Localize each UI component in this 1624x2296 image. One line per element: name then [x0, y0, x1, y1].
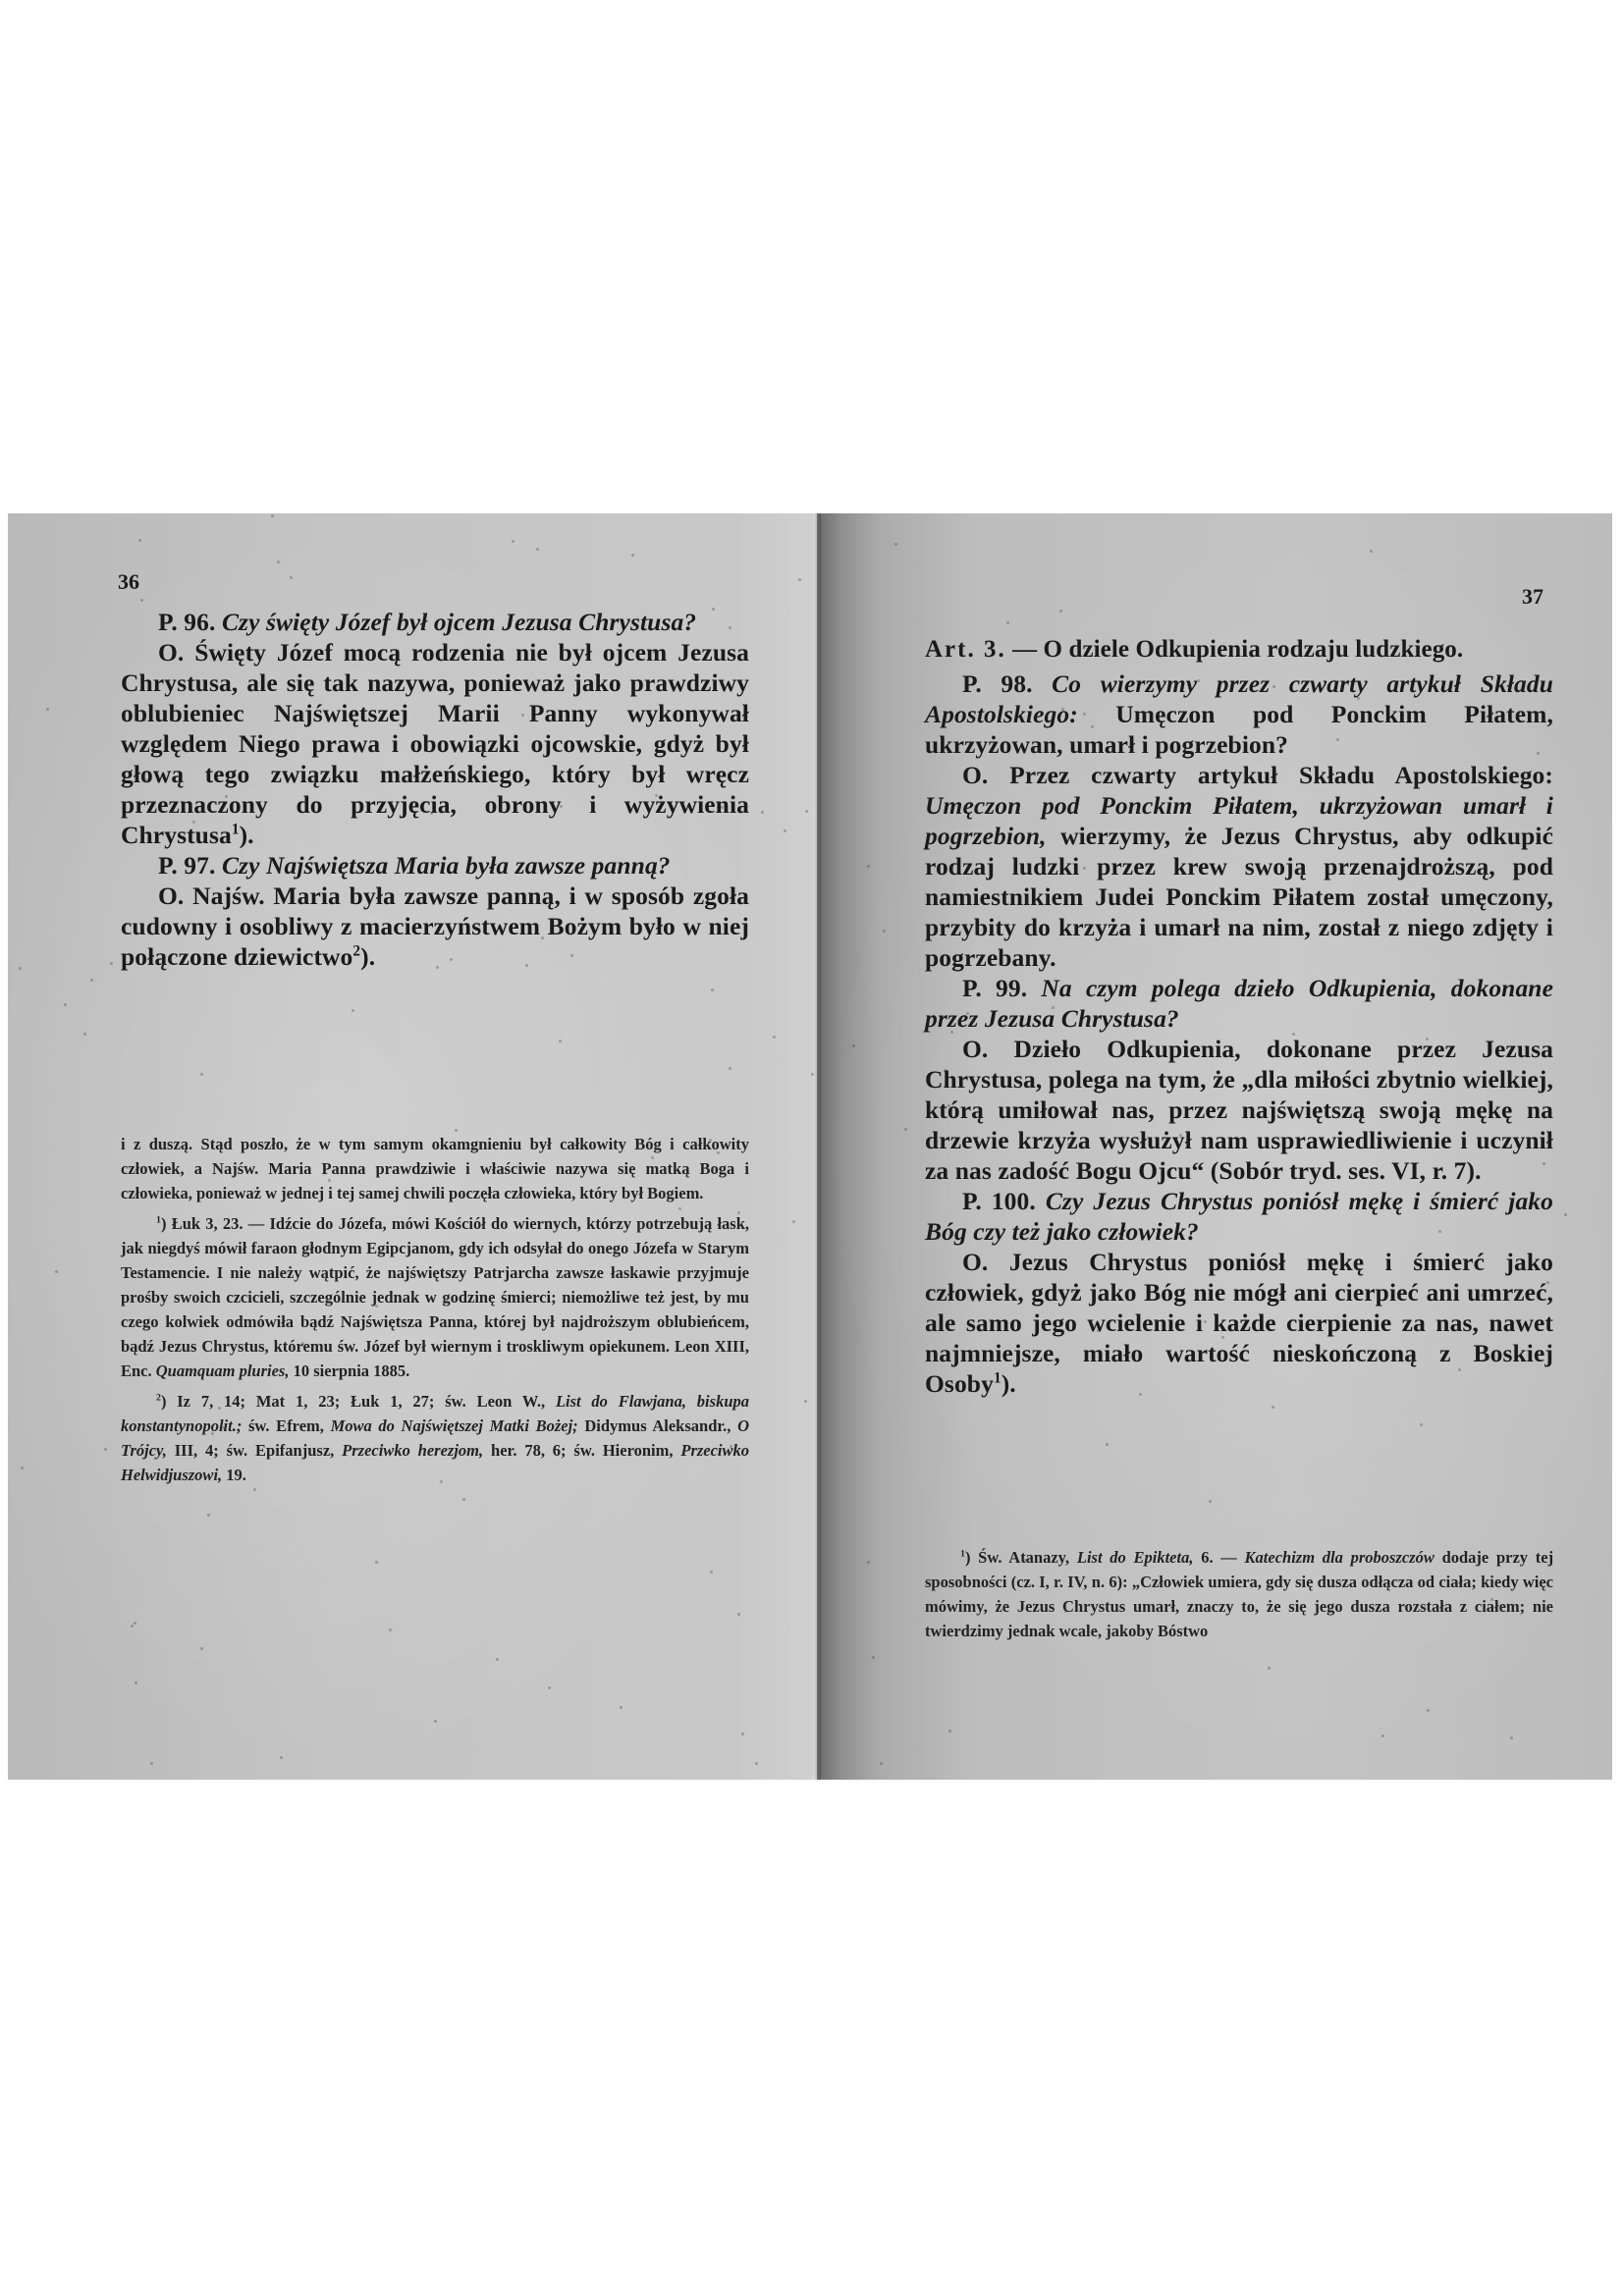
book-gutter: [813, 513, 821, 1780]
paper-speck: [1006, 621, 1009, 624]
paper-speck: [945, 1069, 947, 1072]
paper-speck: [1204, 1320, 1207, 1323]
paper-speck: [290, 576, 293, 579]
paper-speck: [1427, 1709, 1430, 1712]
footnote-ref-1[interactable]: 1: [232, 822, 240, 838]
paper-speck: [867, 1561, 870, 1564]
paper-speck: [729, 1067, 731, 1070]
paper-speck: [548, 1686, 551, 1689]
paper-speck: [784, 829, 786, 832]
answer-96-text: O. Święty Józef mocą rodzenia nie był oj…: [121, 638, 749, 849]
paper-speck: [104, 1448, 107, 1451]
answer-100-end: ).: [1001, 1369, 1016, 1398]
paper-speck: [1510, 1736, 1513, 1739]
page-number-left: 36: [118, 569, 139, 595]
paper-speck: [867, 865, 870, 868]
paper-speck: [655, 794, 658, 797]
footnote-2-title: Mowa do Najświętszej Matki Bożej;: [331, 1416, 578, 1435]
paper-speck: [872, 1656, 875, 1659]
paper-speck: [1106, 1443, 1109, 1446]
paper-speck: [721, 806, 724, 809]
paper-speck: [717, 1151, 720, 1154]
paper-speck: [389, 1629, 392, 1631]
paper-speck: [894, 543, 897, 546]
paper-speck: [805, 810, 808, 813]
footnote-2-part: 19.: [226, 1466, 246, 1484]
paper-speck: [280, 1756, 283, 1759]
question-100: P. 100. Czy Jezus Chrystus poniósł mękę …: [925, 1186, 1553, 1247]
paper-speck: [525, 964, 528, 967]
paper-speck: [380, 1446, 383, 1449]
paper-speck: [1543, 1162, 1545, 1165]
page-number-right: 37: [1522, 584, 1543, 610]
footnote-2-part: Didymus Aleksandr.,: [584, 1416, 731, 1435]
paper-speck: [1097, 1329, 1100, 1332]
paper-speck: [1536, 923, 1539, 926]
paper-speck: [1546, 1281, 1549, 1284]
paper-speck: [1381, 1735, 1384, 1737]
article-title: — O dziele Odkupienia rodzaju ludzkiego.: [1012, 636, 1463, 663]
paper-speck: [560, 805, 563, 808]
paper-speck: [1024, 1559, 1027, 1562]
answer-97-end: ).: [360, 942, 375, 971]
paper-speck: [620, 1706, 623, 1709]
paper-speck: [140, 599, 143, 602]
paper-speck: [225, 795, 228, 798]
paper-speck: [1458, 1368, 1461, 1371]
question-97-label: P. 97.: [158, 851, 215, 880]
paper-speck: [972, 1020, 975, 1023]
answer-97-text: O. Najśw. Maria była zawsze panną, i w s…: [121, 881, 749, 971]
paper-speck: [904, 1128, 907, 1131]
paper-speck: [966, 1012, 969, 1015]
paper-speck: [1083, 867, 1086, 870]
paper-speck: [1064, 1610, 1067, 1613]
paper-speck: [1083, 713, 1086, 716]
answer-96: O. Święty Józef mocą rodzenia nie był oj…: [121, 637, 749, 850]
footnote-2-part: Iz 7, 14; Mat 1, 23; Łuk 1, 27; św. Leon…: [177, 1392, 545, 1411]
paper-speck: [1564, 1213, 1567, 1216]
paper-speck: [1481, 1294, 1484, 1297]
paper-speck: [737, 1211, 740, 1214]
paper-speck: [145, 778, 148, 781]
footnote-2-part: her. 78, 6; św. Hieronim,: [491, 1441, 673, 1460]
footnote-ref-1-right[interactable]: 1: [994, 1370, 1001, 1387]
footnote-right-part: 6. —: [1201, 1548, 1237, 1567]
paper-speck: [253, 1488, 256, 1491]
book-scan-spread: 36 P. 96. Czy święty Józef był ojcem Jez…: [8, 513, 1612, 1780]
paper-speck: [131, 1625, 134, 1628]
paper-speck: [653, 651, 656, 654]
question-98: P. 98. Co wierzymy przez czwarty artykuł…: [925, 668, 1553, 760]
question-99-label: P. 99.: [962, 974, 1027, 1002]
right-footnotes: 1) Św. Atanazy, List do Epikteta, 6. — K…: [925, 1539, 1553, 1643]
paper-speck: [436, 966, 439, 969]
paper-speck: [135, 1682, 137, 1684]
question-97-text: Czy Najświętsza Maria była zawsze panną?: [222, 851, 671, 880]
paper-speck: [110, 962, 113, 965]
paper-speck: [521, 714, 524, 717]
paper-speck: [305, 896, 308, 899]
paper-speck: [218, 1407, 221, 1410]
footnote-1-marker: 1: [156, 1215, 161, 1226]
answer-98-start: O. Przez czwarty artykuł Składu Apostols…: [962, 761, 1553, 789]
question-96: P. 96. Czy święty Józef był ojcem Jezusa…: [121, 607, 749, 637]
paper-speck: [678, 1207, 681, 1210]
answer-100-text: O. Jezus Chrystus poniósł mękę i śmierć …: [925, 1248, 1553, 1398]
paper-speck: [710, 1571, 713, 1574]
footnote-2: 2) Iz 7, 14; Mat 1, 23; Łuk 1, 27; św. L…: [121, 1389, 749, 1487]
footnote-ref-2[interactable]: 2: [352, 943, 360, 960]
footnote-1-right: 1) Św. Atanazy, List do Epikteta, 6. — K…: [925, 1545, 1553, 1643]
question-96-label: P. 96.: [158, 608, 215, 636]
paper-speck: [207, 1514, 210, 1517]
footnote-2-part: św. Efrem,: [248, 1416, 324, 1435]
paper-speck: [559, 1040, 562, 1042]
answer-100: O. Jezus Chrystus poniósł mękę i śmierć …: [925, 1247, 1553, 1399]
paper-speck: [1370, 550, 1373, 553]
footnote-right-part: Św. Atanazy,: [978, 1548, 1069, 1567]
paper-speck: [192, 821, 195, 824]
paper-speck: [773, 1036, 776, 1039]
paper-speck: [712, 608, 715, 611]
paper-speck: [352, 1009, 354, 1012]
footnote-right-title: Katechizm dla proboszczów: [1245, 1548, 1435, 1567]
paper-speck: [1155, 1319, 1158, 1322]
paper-speck: [755, 1762, 758, 1765]
paper-speck: [440, 1480, 443, 1483]
left-main-text: P. 96. Czy święty Józef był ojcem Jezusa…: [121, 607, 749, 972]
paper-speck: [222, 1426, 225, 1429]
paper-speck: [328, 1179, 331, 1182]
paper-speck: [737, 1613, 740, 1616]
paper-speck: [1067, 1143, 1070, 1146]
paper-speck: [1448, 645, 1451, 648]
paper-speck: [19, 967, 22, 970]
paper-speck: [1272, 1406, 1274, 1409]
paper-speck: [462, 1498, 465, 1501]
footnote-1-right-marker: 1: [960, 1549, 965, 1560]
paper-speck: [1537, 752, 1540, 755]
question-98-label: P. 98.: [962, 669, 1033, 698]
answer-98: O. Przez czwarty artykuł Składu Apostols…: [925, 760, 1553, 973]
paper-speck: [570, 954, 573, 957]
question-100-label: P. 100.: [962, 1187, 1036, 1215]
paper-speck: [729, 626, 731, 629]
paper-speck: [496, 1658, 499, 1661]
paper-speck: [804, 1400, 807, 1403]
paper-speck: [798, 578, 801, 581]
footnote-2-part: III, 4; św. Epifanjusz,: [175, 1441, 335, 1460]
paper-speck: [1061, 708, 1064, 711]
footnote-continuation: i z duszą. Stąd poszło, że w tym samym o…: [121, 1132, 749, 1205]
paper-speck: [200, 1647, 203, 1650]
paper-speck: [948, 1730, 951, 1733]
paper-speck: [541, 936, 544, 939]
paper-speck: [1221, 1336, 1224, 1339]
paper-speck: [301, 1342, 304, 1345]
answer-97: O. Najśw. Maria była zawsze panną, i w s…: [121, 881, 749, 972]
paper-speck: [1441, 846, 1444, 849]
paper-speck: [450, 1252, 453, 1255]
paper-speck: [536, 548, 539, 551]
paper-speck: [651, 1156, 654, 1159]
right-page: 37 Art. 3. — O dziele Odkupienia rodzaju…: [817, 513, 1612, 1780]
paper-speck: [1091, 725, 1094, 728]
paper-speck: [277, 561, 280, 563]
paper-speck: [55, 1270, 58, 1273]
paper-speck: [375, 1305, 378, 1308]
paper-speck: [46, 708, 49, 711]
footnote-right-title: List do Epikteta,: [1077, 1548, 1194, 1567]
paper-speck: [741, 1733, 744, 1735]
paper-speck: [450, 958, 453, 961]
paper-speck: [434, 1720, 437, 1723]
question-97: P. 97. Czy Najświętsza Maria była zawsze…: [121, 850, 749, 881]
right-main-text: Art. 3. — O dziele Odkupienia rodzaju lu…: [925, 634, 1553, 1399]
footnote-1-text: Łuk 3, 23. — Idźcie do Józefa, mówi Kośc…: [121, 1214, 749, 1380]
paper-speck: [150, 1762, 153, 1765]
footnote-2-title: Przeciwko herezjom,: [342, 1441, 483, 1460]
paper-speck: [1357, 697, 1360, 700]
left-page: 36 P. 96. Czy święty Józef był ojcem Jez…: [8, 513, 817, 1780]
paper-speck: [711, 988, 714, 991]
paper-speck: [271, 514, 274, 517]
paper-speck: [631, 554, 634, 557]
paper-speck: [1059, 610, 1062, 613]
article-number: Art. 3.: [925, 636, 1006, 663]
footnote-1: 1) Łuk 3, 23. — Idźcie do Józefa, mówi K…: [121, 1211, 749, 1383]
paper-speck: [134, 1622, 136, 1625]
paper-speck: [138, 539, 141, 542]
paper-speck: [1052, 1006, 1055, 1009]
question-99: P. 99. Na czym polega dzieło Odkupienia,…: [925, 973, 1553, 1034]
paper-speck: [90, 979, 93, 982]
paper-speck: [880, 1762, 883, 1765]
paper-speck: [709, 1139, 712, 1142]
paper-speck: [1197, 679, 1200, 682]
paper-speck: [430, 812, 433, 815]
paper-speck: [83, 1033, 86, 1036]
paper-speck: [1209, 1500, 1212, 1503]
paper-speck: [1336, 738, 1339, 741]
paper-speck: [950, 1031, 953, 1034]
paper-speck: [811, 1073, 814, 1076]
paper-speck: [852, 1044, 855, 1047]
paper-speck: [143, 719, 146, 721]
question-96-text: Czy święty Józef był ojcem Jezusa Chryst…: [222, 608, 696, 636]
paper-speck: [200, 1073, 203, 1076]
paper-speck: [1438, 1230, 1441, 1233]
footnote-2-marker: 2: [156, 1393, 161, 1404]
footnote-1-end: 10 sierpnia 1885.: [294, 1362, 410, 1380]
paper-speck: [376, 886, 379, 889]
answer-99-text: O. Dzieło Odkupienia, dokonane przez Jez…: [925, 1035, 1553, 1185]
paper-speck: [1490, 1598, 1493, 1601]
paper-speck: [1272, 685, 1275, 688]
left-footnotes: i z duszą. Stąd poszło, że w tym samym o…: [121, 1132, 749, 1487]
paper-speck: [947, 1104, 950, 1107]
paper-speck: [1426, 1038, 1429, 1041]
paper-speck: [64, 1003, 67, 1006]
paper-speck: [1139, 1393, 1142, 1396]
paper-speck: [375, 1561, 378, 1564]
paper-speck: [1179, 1134, 1182, 1137]
answer-96-end: ).: [240, 821, 254, 849]
paper-speck: [1268, 1667, 1271, 1670]
paper-speck: [455, 1129, 458, 1132]
paper-speck: [761, 811, 764, 814]
paper-speck: [21, 1467, 24, 1469]
article-heading: Art. 3. — O dziele Odkupienia rodzaju lu…: [925, 634, 1553, 665]
footnote-1-italic: Quamquam pluries,: [156, 1362, 290, 1380]
paper-speck: [792, 1220, 795, 1223]
paper-speck: [883, 930, 886, 933]
paper-speck: [730, 1445, 732, 1448]
paper-speck: [512, 540, 514, 543]
paper-speck: [211, 1432, 214, 1435]
paper-speck: [1420, 1423, 1423, 1426]
paper-speck: [1292, 1033, 1295, 1036]
answer-99: O. Dzieło Odkupienia, dokonane przez Jez…: [925, 1034, 1553, 1186]
